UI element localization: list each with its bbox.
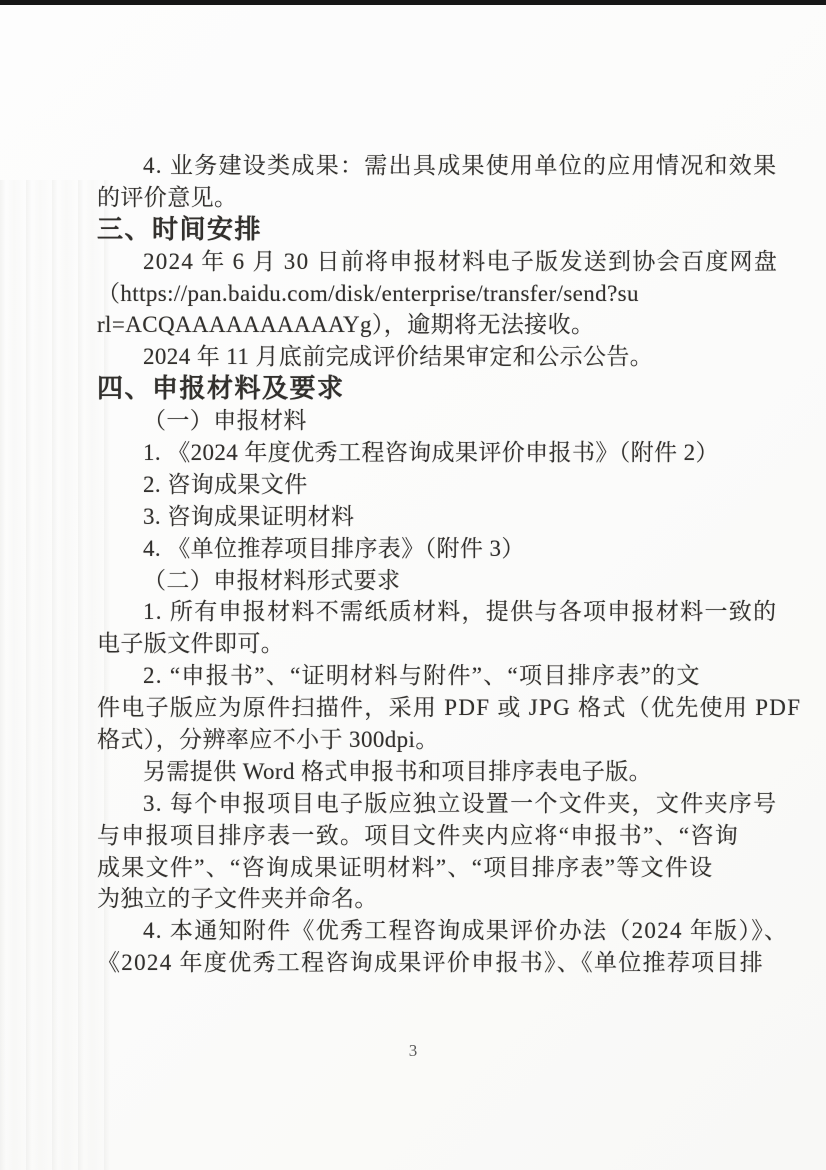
text-line: 成果文件”、“咨询成果证明材料”、“项目排序表”等文件设 — [97, 852, 738, 884]
text-line: 4. 本通知附件《优秀工程咨询成果评价办法（2024 年版）》、 — [97, 915, 738, 947]
text-line: 2. “申报书”、“证明材料与附件”、“项目排序表”的文 — [97, 660, 738, 692]
section-heading: 三、时间安排 — [97, 214, 738, 246]
text-line: 3. 咨询成果证明材料 — [97, 501, 738, 533]
text-line: （https://pan.baidu.com/disk/enterprise/t… — [97, 278, 738, 310]
text-line: 的评价意见。 — [97, 182, 738, 214]
text-line: 2024 年 6 月 30 日前将申报材料电子版发送到协会百度网盘 — [97, 246, 738, 278]
text-line: 2024 年 11 月底前完成评价结果审定和公示公告。 — [97, 341, 738, 373]
text-line: 4. 业务建设类成果：需出具成果使用单位的应用情况和效果 — [97, 150, 738, 182]
text-line: 为独立的子文件夹并命名。 — [97, 883, 738, 915]
text-line: 2. 咨询成果文件 — [97, 469, 738, 501]
page-number: 3 — [0, 1041, 826, 1061]
text-line: 件电子版应为原件扫描件，采用 PDF 或 JPG 格式（优先使用 PDF — [97, 692, 738, 724]
text-line: 另需提供 Word 格式申报书和项目排序表电子版。 — [97, 756, 738, 788]
text-line: 1. 《2024 年度优秀工程咨询成果评价申报书》（附件 2） — [97, 437, 738, 469]
text-line: 4. 《单位推荐项目排序表》（附件 3） — [97, 533, 738, 565]
text-line: （二）申报材料形式要求 — [97, 565, 738, 597]
text-line: 3. 每个申报项目电子版应独立设置一个文件夹，文件夹序号 — [97, 788, 738, 820]
text-line: 格式），分辨率应不小于 300dpi。 — [97, 724, 738, 756]
paper-texture — [0, 180, 110, 1170]
section-heading: 四、申报材料及要求 — [97, 373, 738, 405]
text-line: 《2024 年度优秀工程咨询成果评价申报书》、《单位推荐项目排 — [97, 947, 738, 979]
text-line: 与申报项目排序表一致。项目文件夹内应将“申报书”、“咨询 — [97, 820, 738, 852]
text-line: 电子版文件即可。 — [97, 628, 738, 660]
text-line: rl=ACQAAAAAAAAAAYg），逾期将无法接收。 — [97, 309, 738, 341]
document-body: 4. 业务建设类成果：需出具成果使用单位的应用情况和效果的评价意见。三、时间安排… — [97, 150, 738, 979]
text-line: （一）申报材料 — [97, 405, 738, 437]
text-line: 1. 所有申报材料不需纸质材料，提供与各项申报材料一致的 — [97, 596, 738, 628]
photo-top-edge — [0, 0, 826, 5]
